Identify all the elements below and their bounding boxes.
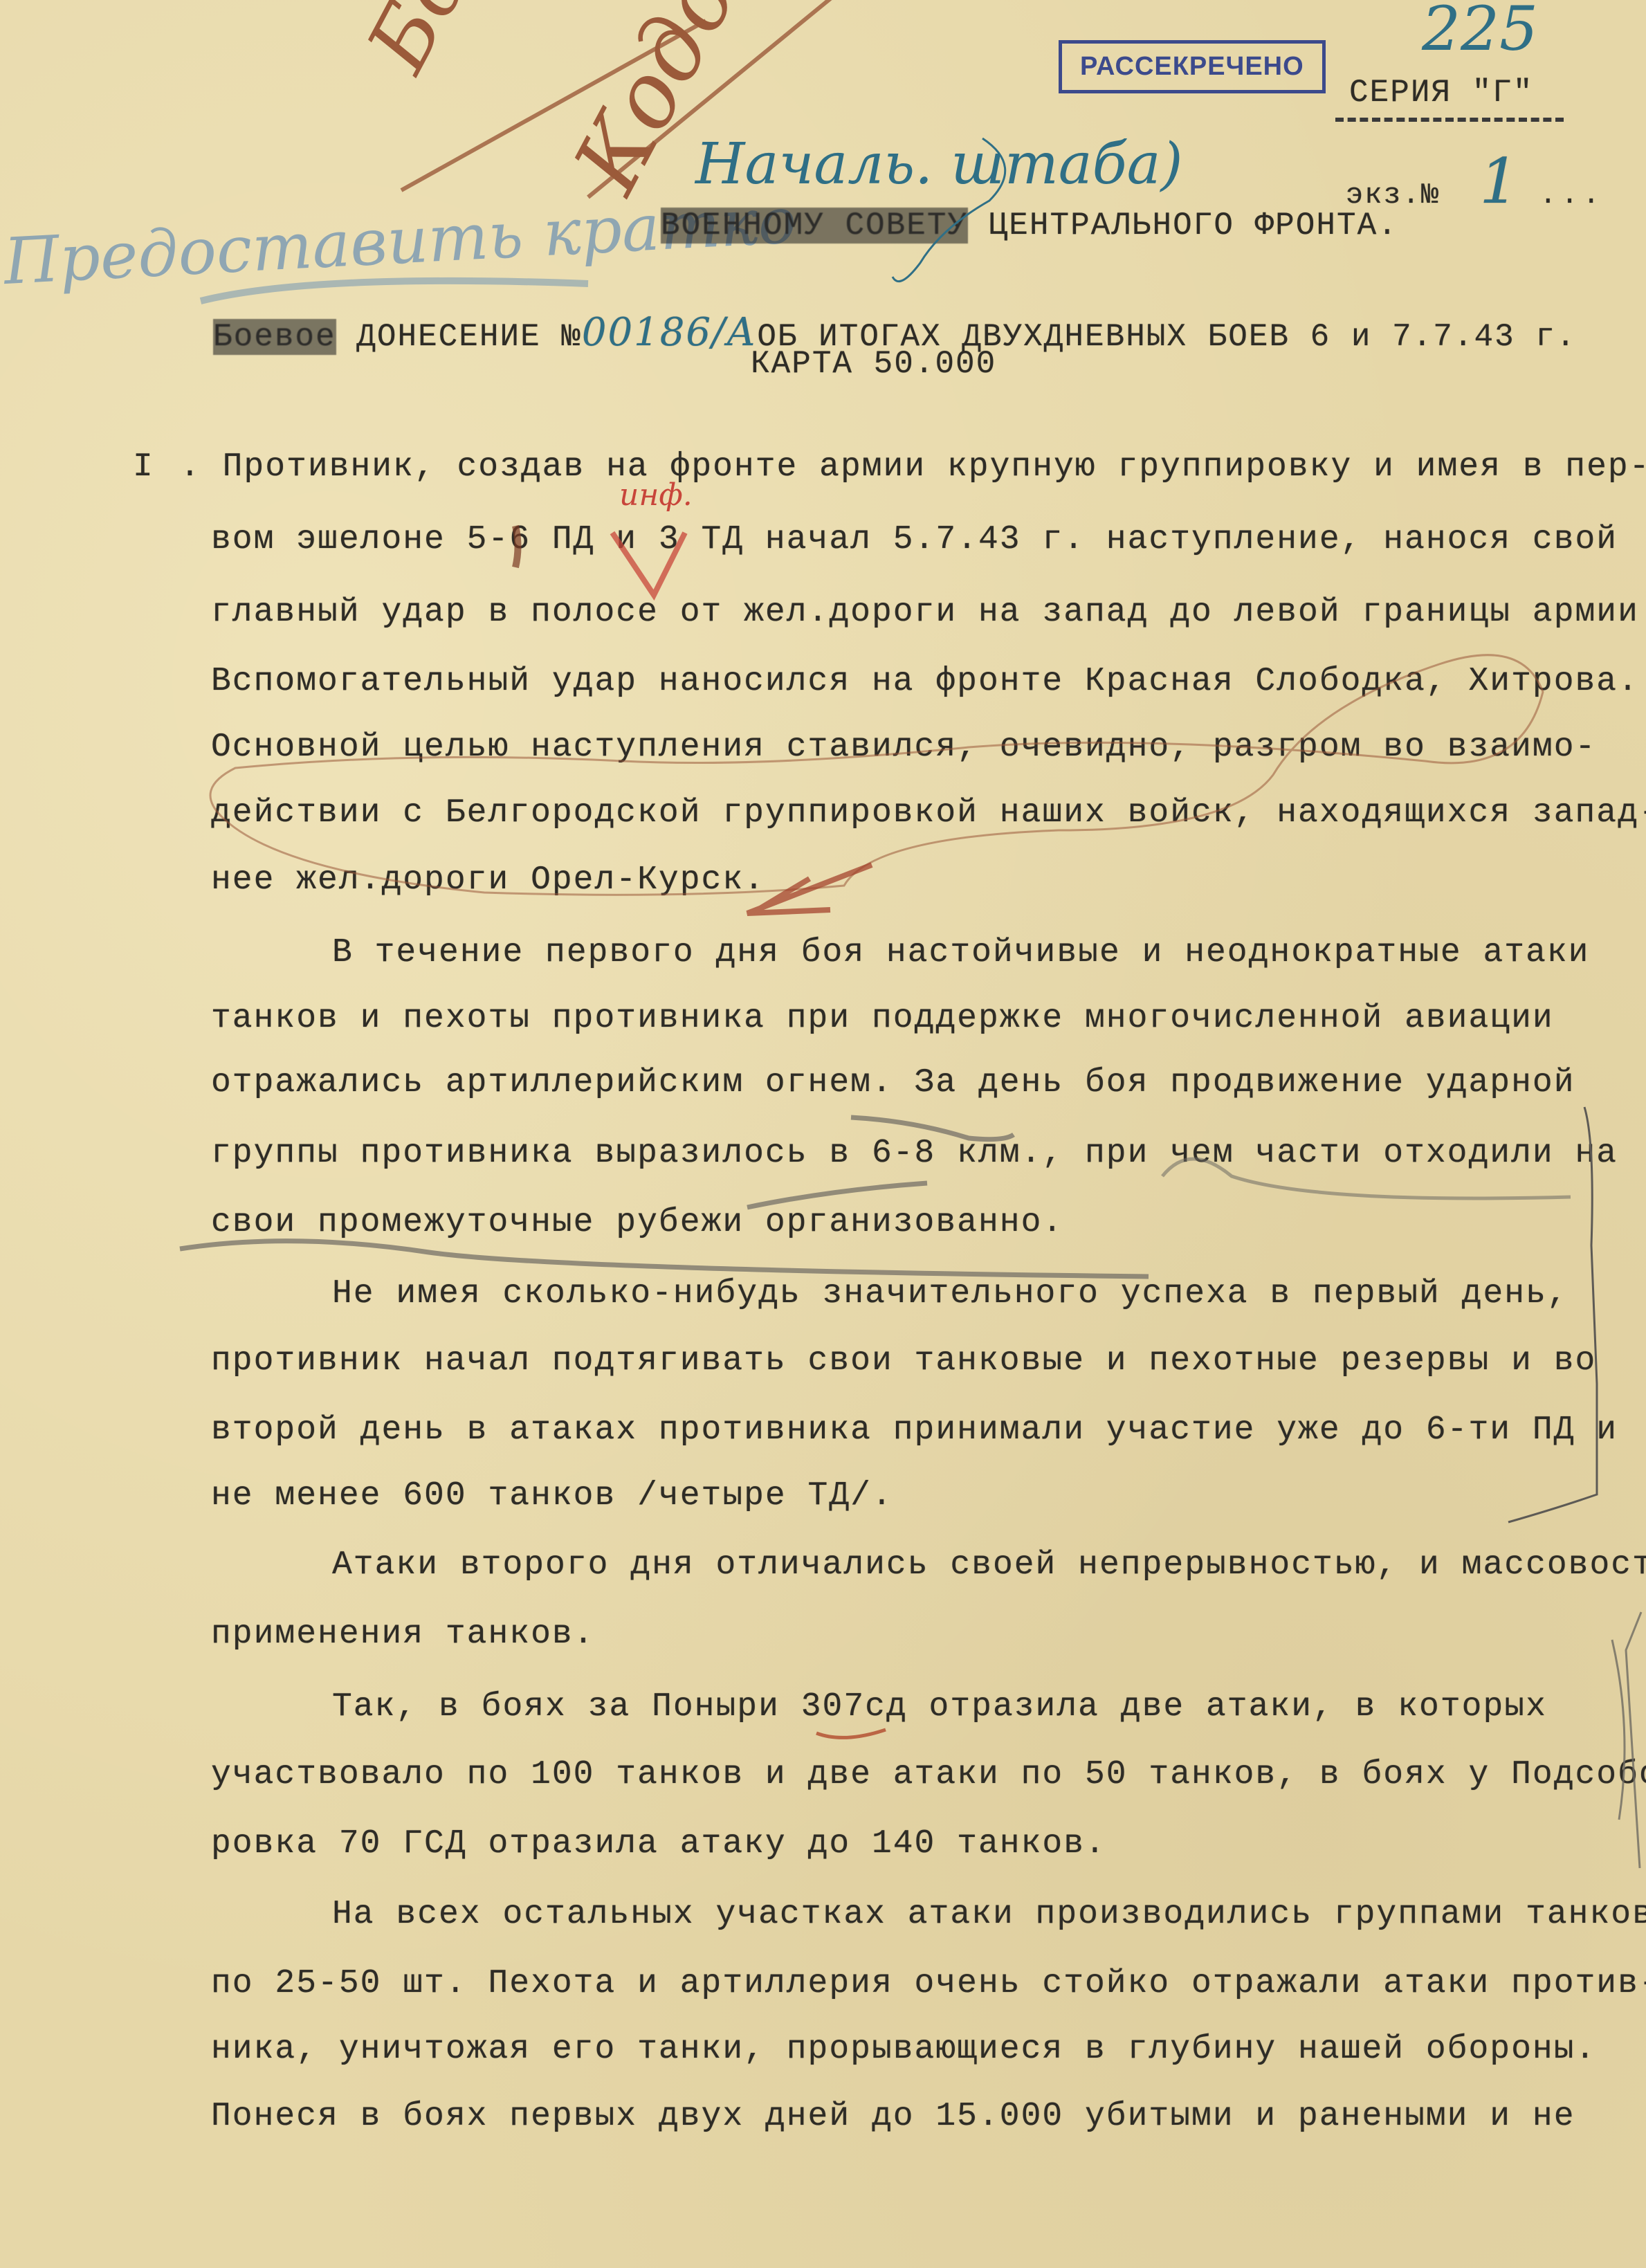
text-line: ровка 70 ГСД отразила атаку до 140 танко… [211,1825,1106,1863]
map-scale: КАРТА 50.000 [751,346,996,382]
text-line: нее жел.дороги Орел-Курск. [211,861,765,899]
text-line: Основной целью наступления ставился, оче… [211,729,1596,766]
red-underline-307 [816,1730,886,1737]
red-arrow-mark [747,865,872,913]
title-struck-word: Боевое [213,319,336,355]
text-line: действии с Белгородской группировкой нaш… [211,794,1646,832]
series-rule [1335,118,1564,122]
addressee: ЦЕНТРАЛЬНОГО ФРОНТА. [989,208,1398,244]
text-line: группы противника выразилось в 6-8 клм.,… [211,1135,1618,1172]
text-line: На всех остальных участках атаки произво… [332,1896,1646,1933]
gray-squiggle-4 [180,1241,1149,1277]
text-line: Понеся в боях первых двух дней до 15.000… [211,2098,1575,2135]
text-line: главный удар в полосе от жел.дороги на з… [211,594,1646,631]
copy-dots: ... [1539,179,1604,212]
text-line: свои промежуточные рубежи организованно. [211,1204,1063,1241]
series-label: СЕРИЯ "Г" [1349,75,1533,111]
addressee-line: ВОЕННОМУ СОВЕТУ ЦЕНТРАЛЬНОГО ФРОНТА. [661,208,1398,244]
addressee-struck: ВОЕННОМУ СОВЕТУ [661,208,968,244]
text-line: отражались артиллерийским огнем. За день… [211,1064,1575,1101]
text-line: Вспомогательный удар наносился на фронте… [211,663,1639,700]
text-line: Так, в боях за Поныри 307сд отразила две… [332,1688,1547,1726]
text-line: вом эшелоне 5-6 ПД и 3 ТД начал 5.7.43 г… [211,521,1618,558]
text-line: ника, уничтожая его танки, прорывающиеся… [211,2031,1596,2068]
handwritten-note-brown-1: Бодо [349,0,535,86]
right-margin-marks [1612,1612,1641,1868]
text-line: . Противник, создав на фронте армии круп… [180,448,1646,486]
archive-page-number: 225 [1422,0,1538,64]
copy-label: экз.№ [1346,179,1440,212]
red-annotation: инф. [619,477,693,513]
text-line: участвовало по 100 танков и две атаки по… [211,1756,1646,1793]
copy-number: 1 [1479,145,1520,218]
declassified-stamp: РАССЕКРЕЧЕНО [1059,40,1326,93]
text-line: применения танков. [211,1616,594,1653]
text-line: танков и пехоты противника при поддержке… [211,1000,1554,1037]
text-line: Не имея сколько-нибудь значительного усп… [332,1275,1569,1313]
text-line: второй день в атаках противника принимал… [211,1411,1618,1449]
text-line: по 25-50 шт. Пехота и артиллерия очень с… [211,1965,1646,2002]
title-prefix: ДОНЕСЕНИЕ № [356,319,582,355]
report-number: 00186/А [582,310,757,355]
text-line: Атаки второго дня отличались своей непре… [332,1546,1646,1584]
text-line: противник начал подтягивать свои танковы… [211,1342,1596,1380]
text-line: В течение первого дня боя настойчивые и … [332,934,1589,971]
section-number: I [133,448,154,486]
text-line: не менее 600 танков /четыре ТД/. [211,1477,893,1515]
